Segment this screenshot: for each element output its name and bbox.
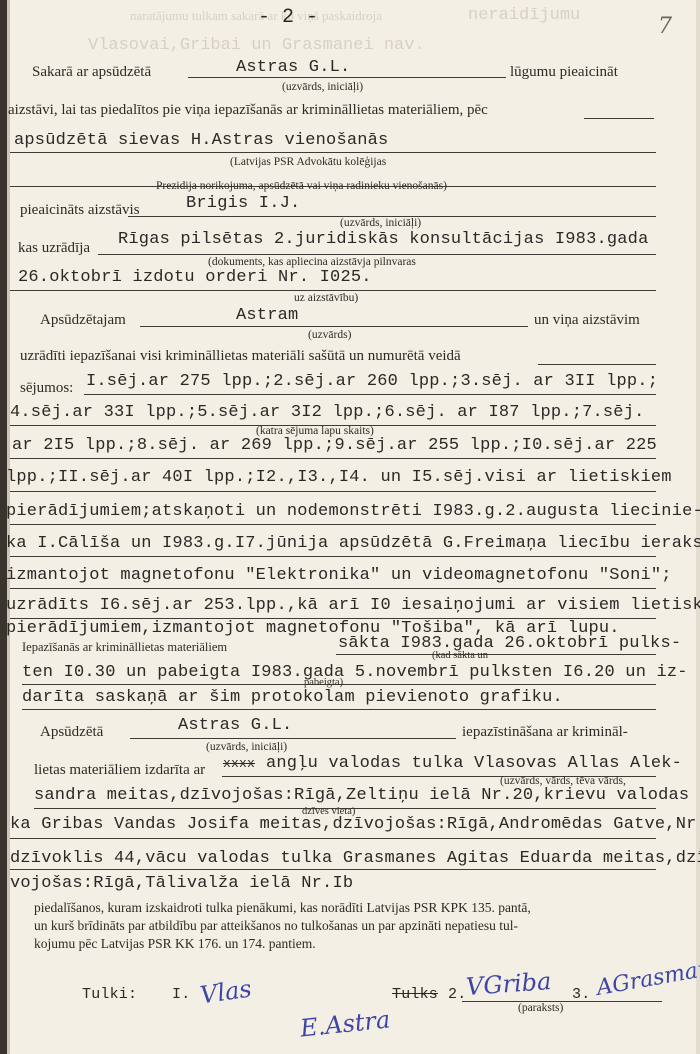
label-text: pieaicināts aizstāvis xyxy=(20,202,140,219)
field-caption: (paraksts) xyxy=(518,1002,563,1014)
legal-text: kojumu pēc Latvijas PSR KK 176. un 174. … xyxy=(34,936,316,952)
interpreter-line: dzīvoklis 44,vācu valodas tulka Grasmane… xyxy=(10,849,700,868)
field-caption: Prezidija norikojuma, apsūdzētā vai viņa… xyxy=(156,180,447,192)
field-underline xyxy=(188,77,506,78)
volume-line: 4.sēj.ar 33I lpp.;5.sēj.ar 3I2 lpp.;6.sē… xyxy=(10,403,645,422)
field-underline xyxy=(336,654,656,655)
label-text: Sakarā ar apsūdzētā xyxy=(32,64,151,81)
field-caption: uz aizstāvību) xyxy=(294,292,358,304)
page-number: - 2 - xyxy=(258,6,318,29)
handwritten-page-mark: 7 xyxy=(658,14,672,39)
field-period: sākta I983.gada 26.oktobrī pulks- xyxy=(338,634,681,653)
label-text: Apsūdzētā xyxy=(40,724,103,741)
legal-text: un kurš brīdināts par atbildību par atte… xyxy=(34,918,518,934)
field-underline xyxy=(10,556,656,557)
field-defendant-name: Astras G.L. xyxy=(178,716,292,735)
label-text: lūgumu pieaicināt xyxy=(510,64,618,81)
field-underline xyxy=(10,869,656,870)
field-underline xyxy=(10,290,656,291)
bleed-through-text: neraidījumu xyxy=(468,6,580,25)
struck-text: Tulks xyxy=(392,986,438,1003)
field-underline xyxy=(10,458,656,459)
signature-defendant: E.Astra xyxy=(299,1005,392,1042)
field-caption: (uzvārds, iniciāļi) xyxy=(282,81,363,93)
field-underline xyxy=(130,738,456,739)
field-caption: (uzvārds, iniciāļi) xyxy=(340,217,421,229)
field-basis: apsūdzētā sievas H.Astras vienošanās xyxy=(14,131,388,150)
field-underline xyxy=(10,588,656,589)
volume-line: uzrādīts I6.sēj.ar 253.lpp.,kā arī I0 ie… xyxy=(6,596,700,615)
interpreter-line: ka Gribas Vandas Josifa meitas,dzīvojoša… xyxy=(10,815,700,834)
field-caption: pabeigta) xyxy=(304,677,343,688)
field-caption: (uzvārds) xyxy=(308,329,351,341)
field-underline xyxy=(140,326,528,327)
field-period: ten I0.30 un pabeigta I983.gada 5.novemb… xyxy=(22,663,688,682)
field-caption: (uzvārds, iniciāļi) xyxy=(206,741,287,753)
signature-number: I. xyxy=(172,986,190,1003)
label-text: Apsūdzētajam xyxy=(40,312,126,329)
label-text: Iepazīšanās ar krimināllietas materiālie… xyxy=(22,640,227,655)
field-defender-name: Brigis I.J. xyxy=(186,194,300,213)
signature-interpreter-1: Vlas xyxy=(198,975,253,1010)
field-underline xyxy=(10,491,656,492)
field-underline xyxy=(538,364,656,365)
field-underline xyxy=(10,524,656,525)
field-caption: (dokuments, kas apliecina aizstāvja piln… xyxy=(208,256,416,268)
page-edge xyxy=(696,0,700,1054)
legal-text: piedalīšanos, kuram izskaidroti tulka pi… xyxy=(34,900,531,916)
field-underline xyxy=(584,118,654,119)
interpreter-line: sandra meitas,dzīvojošas:Rīgā,Zeltiņu ie… xyxy=(34,786,700,805)
interpreter-line: vojošas:Rīgā,Tālivalža ielā Nr.Ib xyxy=(10,874,353,893)
volume-line: lpp.;II.sēj.ar 40I lpp.;I2.,I3.,I4. un I… xyxy=(6,468,672,487)
volume-line: ka I.Cālīša un I983.g.I7.jūnija apsūdzēt… xyxy=(6,534,700,553)
body-text: lietas materiāliem izdarīta ar xyxy=(34,762,205,779)
field-document: Rīgas pilsētas 2.juridiskās konsultācija… xyxy=(118,230,649,249)
field-underline xyxy=(10,152,656,153)
signature-interpreter-3: AGrasman xyxy=(595,956,700,1001)
signatures-label: Tulki: xyxy=(82,986,137,1003)
field-underline xyxy=(98,254,656,255)
label-text: sējumos: xyxy=(20,380,73,397)
body-text: aizstāvi, lai tas piedalītos pie viņa ie… xyxy=(8,102,488,119)
body-text: uzrādīti iepazīšanai visi krimināllietas… xyxy=(20,348,461,365)
field-caption: (kad sākta un xyxy=(432,650,488,661)
interpreter-line: angļu valodas tulka Vlasovas Allas Alek- xyxy=(266,754,682,773)
bleed-through-text: Vlasovai,Gribai un Grasmanei nav. xyxy=(88,36,425,55)
volume-line: I.sēj.ar 275 lpp.;2.sēj.ar 260 lpp.;3.sē… xyxy=(86,372,658,391)
field-underline xyxy=(22,709,656,710)
volume-line: izmantojot magnetofonu "Elektronika" un … xyxy=(6,566,672,585)
volume-line: ar 2I5 lpp.;8.sēj. ar 269 lpp.;9.sēj.ar … xyxy=(12,436,657,455)
field-defendant-name: Astras G.L. xyxy=(236,58,350,77)
bleed-through-text: naratājumu tulkam sakarā ar ko viņš pask… xyxy=(130,8,382,24)
label-text: kas uzrādīja xyxy=(18,240,90,257)
field-period: darīta saskaņā ar šim protokolam pievien… xyxy=(22,688,563,707)
field-document: 26.oktobrī izdotu orderi Nr. I025. xyxy=(18,268,372,287)
field-caption: (Latvijas PSR Advokātu kolēģijas xyxy=(230,156,386,168)
page-binding-shadow xyxy=(7,0,10,1054)
struck-text: xxxx xyxy=(223,756,255,771)
field-underline xyxy=(10,838,656,839)
field-underline xyxy=(84,394,656,395)
label-text: iepazīstināšana ar krimināl- xyxy=(462,724,628,741)
volume-line: pierādījumiem;atskaņoti un nodemonstrēti… xyxy=(6,502,700,521)
page-binding xyxy=(0,0,7,1054)
signature-interpreter-2: VGriba xyxy=(465,967,552,1001)
field-defendant-name: Astram xyxy=(236,306,298,325)
label-text: un viņa aizstāvim xyxy=(534,312,640,329)
